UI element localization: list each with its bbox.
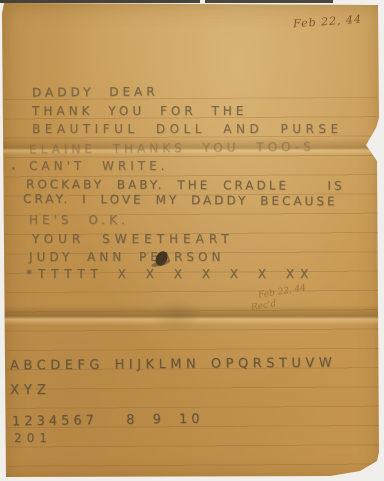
letter-line-closing: YOUR SWEETHEART: [32, 232, 234, 246]
letter-line-faint: ELAINE THANKS YOU TOO-S: [29, 140, 315, 157]
numbers-practice-row-2: 201: [14, 431, 52, 445]
letter-line: CRAY. I LOVE MY DADDY BECAUSE: [23, 192, 338, 209]
letter-line: BEAUTIFUL DOLL AND PURSE: [32, 122, 343, 136]
paper-smudge: [152, 298, 202, 332]
alphabet-practice-row-1: ABCDEFG HIJKLMN OPQRSTUVW: [10, 356, 336, 374]
letter-line-kisses: *TTTTT X X X X X X XX: [26, 267, 314, 281]
letter-line-salutation: DADDY DEAR: [32, 85, 159, 100]
letter-line-signature: JUDY ANN PEARSON: [29, 250, 224, 264]
photo-edge-strip: [205, 0, 333, 3]
letter-line: THANK YOU FOR THE: [32, 104, 247, 118]
pencil-dot: [12, 167, 15, 170]
photo-edge-strip: [0, 0, 200, 3]
ink-date-top-right: Feb 22, 44: [293, 13, 363, 31]
letter-paper: Feb 22, 44 DADDY DEAR THANK YOU FOR THE …: [2, 2, 382, 479]
letter-line: HE'S O.K.: [29, 213, 129, 227]
numbers-practice-row-1: 1234567 8 9 10: [12, 412, 204, 430]
letter-line: ROCKABY BABY. THE CRADLE IS: [26, 177, 345, 193]
alphabet-practice-row-2: XYZ: [10, 383, 51, 398]
scanned-letter-photo: Feb 22, 44 DADDY DEAR THANK YOU FOR THE …: [0, 0, 384, 481]
letter-line: CAN'T WRITE.: [29, 159, 168, 173]
